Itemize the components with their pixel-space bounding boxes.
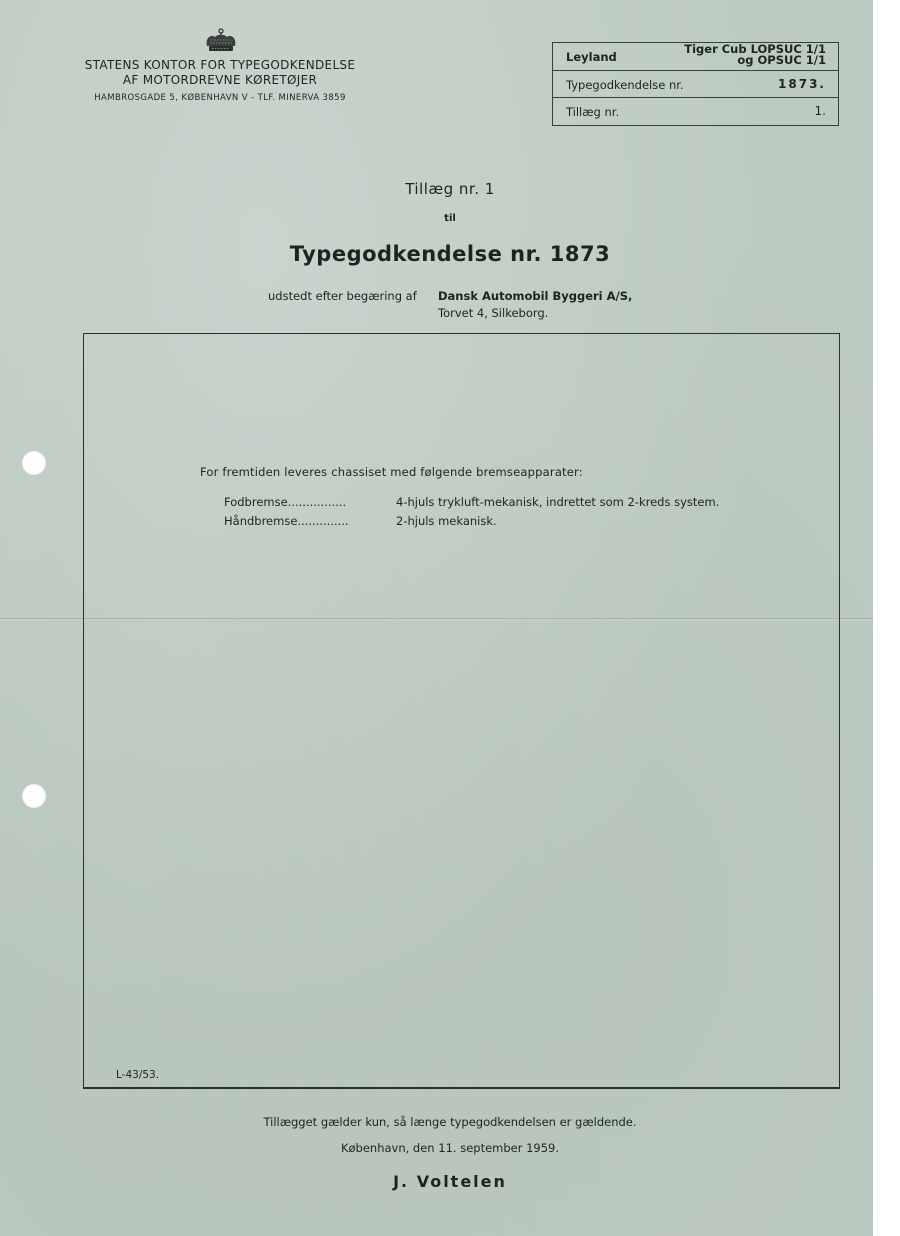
brake-name: Fodbremse................ [224, 495, 396, 509]
reference-box: Leyland Tiger Cub LOPSUC 1/1 og OPSUC 1/… [552, 42, 839, 126]
form-number: L-43/53. [116, 1069, 159, 1081]
vehicle-make: Leyland [566, 50, 617, 64]
agency-name: STATENS KONTOR FOR TYPEGODKENDELSE [60, 58, 380, 73]
letterhead: STATENS KONTOR FOR TYPEGODKENDELSE AF MO… [60, 58, 380, 105]
crown-icon [203, 28, 239, 54]
place-date: København, den 11. september 1959. [0, 1141, 900, 1155]
supplement-title: Tillæg nr. 1 [0, 180, 900, 198]
brake-description: 2-hjuls mekanisk. [396, 514, 497, 528]
page-title: Typegodkendelse nr. 1873 [0, 242, 900, 266]
content-frame: For fremtiden leveres chassiset med følg… [83, 333, 840, 1089]
punch-hole-bottom [22, 784, 46, 808]
agency-subname: AF MOTORDREVNE KØRETØJER [60, 73, 380, 88]
brake-name: Håndbremse.............. [224, 514, 396, 528]
signature: J. Voltelen [0, 1172, 900, 1191]
vehicle-model: Tiger Cub LOPSUC 1/1 og OPSUC 1/1 [684, 44, 826, 66]
til-connector: til [0, 213, 900, 224]
issuer-label: udstedt efter begæring af [268, 288, 438, 305]
supplement-label: Tillæg nr. [566, 105, 619, 119]
supplement-row: Tillæg nr. 1. [553, 98, 838, 124]
brake-row-foot: Fodbremse................4-hjuls trykluf… [224, 495, 719, 509]
issuer-company: Dansk Automobil Byggeri A/S, [438, 289, 632, 303]
document-page: STATENS KONTOR FOR TYPEGODKENDELSE AF MO… [0, 0, 873, 1236]
supplement-number: 1. [815, 104, 826, 118]
agency-address: HAMBROSGADE 5, KØBENHAVN V - TLF. MINERV… [60, 91, 380, 105]
approval-label: Typegodkendelse nr. [566, 78, 684, 92]
approval-number: 1873. [778, 77, 826, 91]
brake-row-hand: Håndbremse..............2-hjuls mekanisk… [224, 514, 497, 528]
vehicle-row: Leyland Tiger Cub LOPSUC 1/1 og OPSUC 1/… [553, 43, 838, 71]
punch-hole-top [22, 451, 46, 475]
vehicle-model-line2: og OPSUC 1/1 [737, 53, 826, 67]
issuer-block: udstedt efter begæring afDansk Automobil… [268, 288, 632, 322]
issuer-address: Torvet 4, Silkeborg. [268, 305, 632, 322]
brake-description: 4-hjuls trykluft-mekanisk, indrettet som… [396, 495, 719, 509]
body-intro: For fremtiden leveres chassiset med følg… [200, 465, 583, 479]
approval-row: Typegodkendelse nr. 1873. [553, 71, 838, 98]
validity-note: Tillægget gælder kun, så længe typegodke… [0, 1115, 900, 1129]
